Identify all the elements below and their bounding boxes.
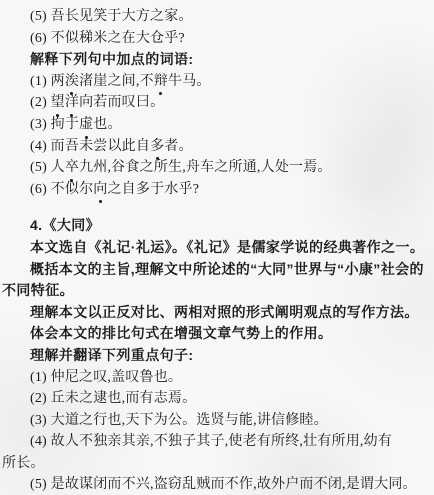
text-line: (5) 吾长见笑于大方之家。 bbox=[0, 6, 434, 28]
emphasized-char: 望 bbox=[51, 92, 65, 114]
text-line: (5) 是故谋闭而不兴,盗窃乱贼而不作,故外户而不闭,是谓大同。 bbox=[0, 474, 434, 495]
text-line: 所长。 bbox=[0, 453, 434, 475]
emphasized-char: 向 bbox=[93, 179, 107, 201]
text-line: (3) 大道之行也,天下为公。选贤与能,讲信修睦。 bbox=[0, 410, 434, 432]
text-line: 理解本文以正反对比、两相对照的形式阐明观点的写作方法。 bbox=[0, 302, 434, 324]
emphasized-char: 虚 bbox=[79, 114, 93, 136]
text-line: 解释下列句中加点的词语: bbox=[0, 49, 434, 71]
document-page: (5) 吾长见笑于大方之家。(6) 不似稊米之在大仓乎?解释下列句中加点的词语:… bbox=[0, 0, 434, 495]
paragraph-gap bbox=[0, 200, 434, 215]
text-line: 体会本文的排比句式在增强文章气势上的作用。 bbox=[0, 323, 434, 345]
text-line: (1) 两涘渚崖之间,不辩牛马。 bbox=[0, 71, 434, 93]
emphasized-char: 涘 bbox=[65, 71, 79, 93]
text-line: 概括本文的主旨,理解文中所论述的“大同”世界与“小康”社会的 bbox=[0, 259, 434, 281]
text-line: (3) 拘于虚也。 bbox=[0, 114, 434, 136]
text-line: 不同特征。 bbox=[0, 280, 434, 302]
text-line: (4) 而吾未尝以此自多者。 bbox=[0, 136, 434, 158]
text-line: 理解并翻译下列重点句子: bbox=[0, 345, 434, 367]
text-line: 4.《大同》 bbox=[0, 215, 434, 237]
text-line: (6) 不似尔向之自多于水乎? bbox=[0, 179, 434, 201]
emphasized-char: 多 bbox=[150, 136, 164, 158]
emphasized-char: 洋 bbox=[65, 92, 79, 114]
text-line: (4) 故人不独亲其亲,不独子其子,使老有所终,壮有所用,幼有 bbox=[0, 431, 434, 453]
text-line: (6) 不似稊米之在大仓乎? bbox=[0, 28, 434, 50]
text-line: (2) 丘未之逮也,而有志焉。 bbox=[0, 388, 434, 410]
text-line: (5) 人卒九州,谷食之所生,舟车之所通,人处一焉。 bbox=[0, 157, 434, 179]
text-line: 本文选自《礼记·礼运》。《礼记》是儒家学说的经典著作之一。 bbox=[0, 237, 434, 259]
emphasized-char: 辩 bbox=[154, 71, 168, 93]
text-line: (1) 仲尼之叹,盖叹鲁也。 bbox=[0, 367, 434, 389]
emphasized-char: 卒 bbox=[65, 157, 79, 179]
text-line: (2) 望洋向若而叹曰。 bbox=[0, 92, 434, 114]
